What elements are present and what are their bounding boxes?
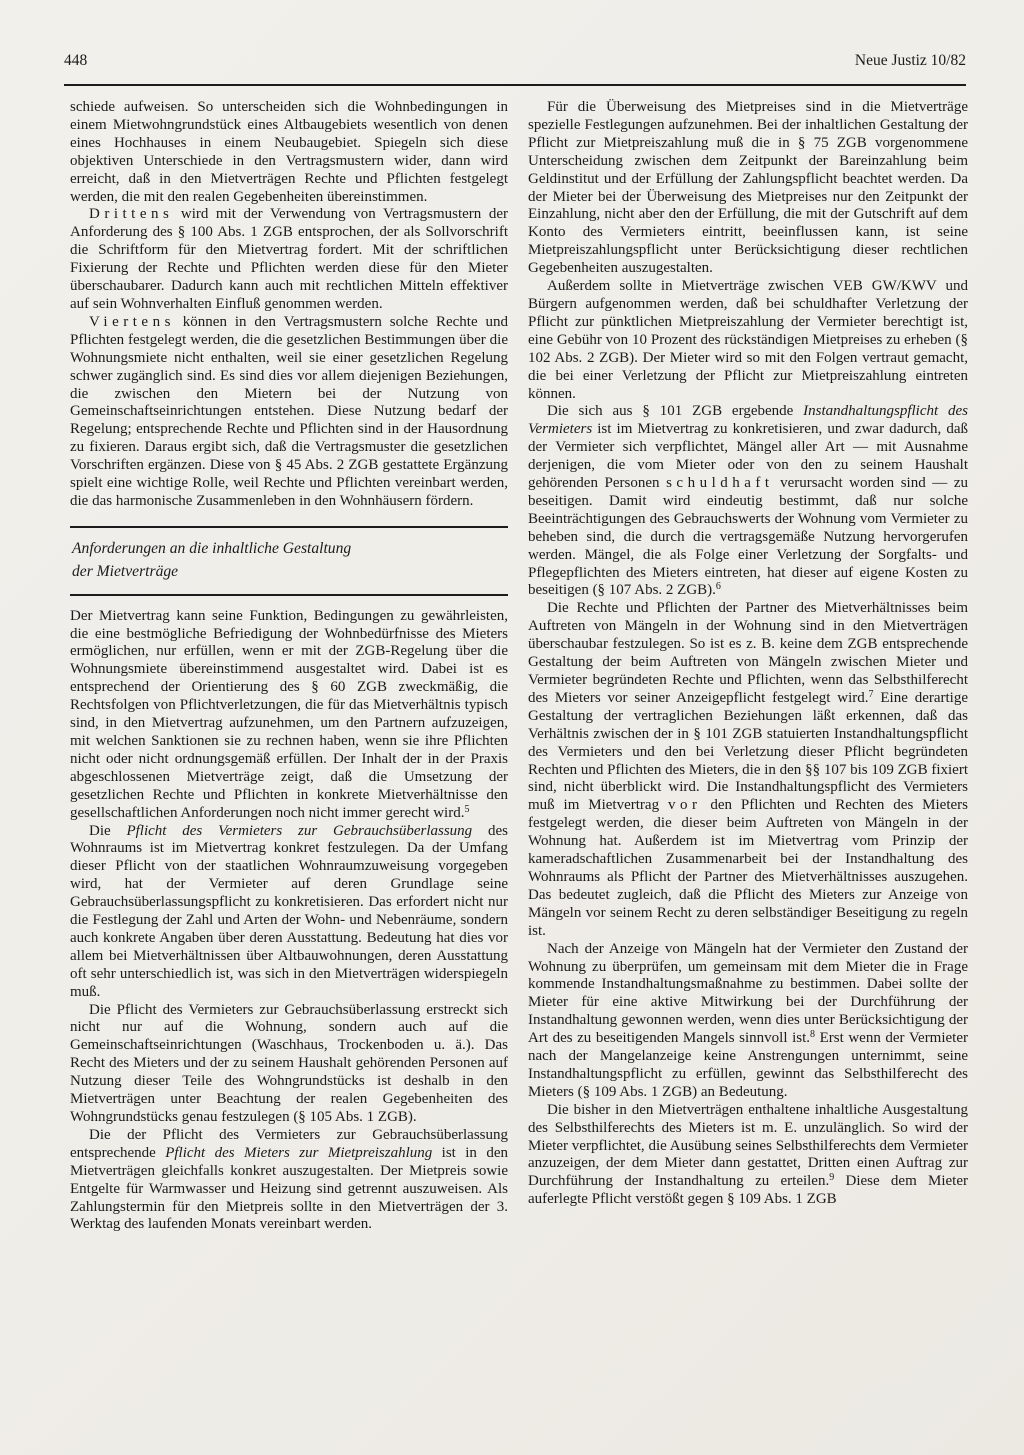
text-run: Die Pflicht des Vermieters zur Gebrauchs… [70,1002,508,1125]
paragraph: Für die Überweisung des Mietpreises sind… [528,99,968,278]
paragraph: Der Mietvertrag kann seine Funktion, Bed… [70,608,508,823]
section-heading: Anforderungen an die inhaltliche Gestalt… [70,526,508,596]
text-run: verursacht worden sind — zu beseitigen. … [528,475,968,598]
left-column: schiede aufweisen. So unterscheiden sich… [70,99,508,1234]
paragraph: Drittens wird mit der Verwendung von Ver… [70,206,508,313]
section-heading-line: der Mietverträge [72,563,178,580]
paragraph: Die Pflicht des Vermieters zur Gebrauchs… [70,823,508,1002]
right-column: Für die Überweisung des Mietpreises sind… [528,99,968,1209]
paragraph: Nach der Anzeige von Mängeln hat der Ver… [528,941,968,1102]
emphasis-spaced: Viertens [89,314,175,330]
running-head: 448 Neue Justiz 10/82 [64,52,966,70]
paragraph: Die bisher in den Mietverträgen enthalte… [528,1102,968,1209]
text-run: Die sich aus § 101 ZGB ergebende [547,403,803,419]
text-run: des Wohnraums ist im Mietvertrag konkret… [70,823,508,1000]
paragraph: schiede aufweisen. So unterscheiden sich… [70,99,508,206]
footnote-ref: 5 [464,804,469,815]
emphasis-italic: Pflicht des Mieters zur Mietpreiszahlung [165,1145,432,1161]
header-rule [64,84,966,86]
text-run: Die [89,823,126,839]
footnote-ref: 6 [716,581,721,592]
text-run: Für die Überweisung des Mietpreises sind… [528,99,968,276]
emphasis-italic: Pflicht des Vermieters zur Gebrauchsüber… [126,823,472,839]
text-run: Der Mietvertrag kann seine Funktion, Bed… [70,608,508,821]
text-run: den Pflichten und Rechten des Mieters fe… [528,797,968,938]
emphasis-spaced: schuldhaft [666,475,773,491]
emphasis-spaced: vor [668,797,702,813]
paragraph: Die Rechte und Pflichten der Partner des… [528,600,968,940]
paragraph: Die der Pflicht des Vermieters zur Gebra… [70,1127,508,1234]
paragraph: Die Pflicht des Vermieters zur Gebrauchs… [70,1002,508,1127]
text-run: schiede aufweisen. So unterscheiden sich… [70,99,508,205]
text-run: Außerdem sollte in Mietverträge zwischen… [528,278,968,401]
page-number: 448 [64,52,87,70]
journal-issue: Neue Justiz 10/82 [855,52,966,70]
emphasis-spaced: Drittens [89,206,173,222]
paragraph: Außerdem sollte in Mietverträge zwischen… [528,278,968,403]
text-run: Eine derartige Gestaltung der vertraglic… [528,690,968,813]
paragraph: Viertens können in den Vertragsmustern s… [70,314,508,511]
text-run: können in den Vertragsmustern solche Rec… [70,314,508,509]
paragraph: Die sich aus § 101 ZGB ergebende Instand… [528,403,968,600]
section-heading-line: Anforderungen an die inhaltliche Gestalt… [72,540,351,557]
journal-page: 448 Neue Justiz 10/82 schiede aufweisen.… [0,0,1024,1455]
